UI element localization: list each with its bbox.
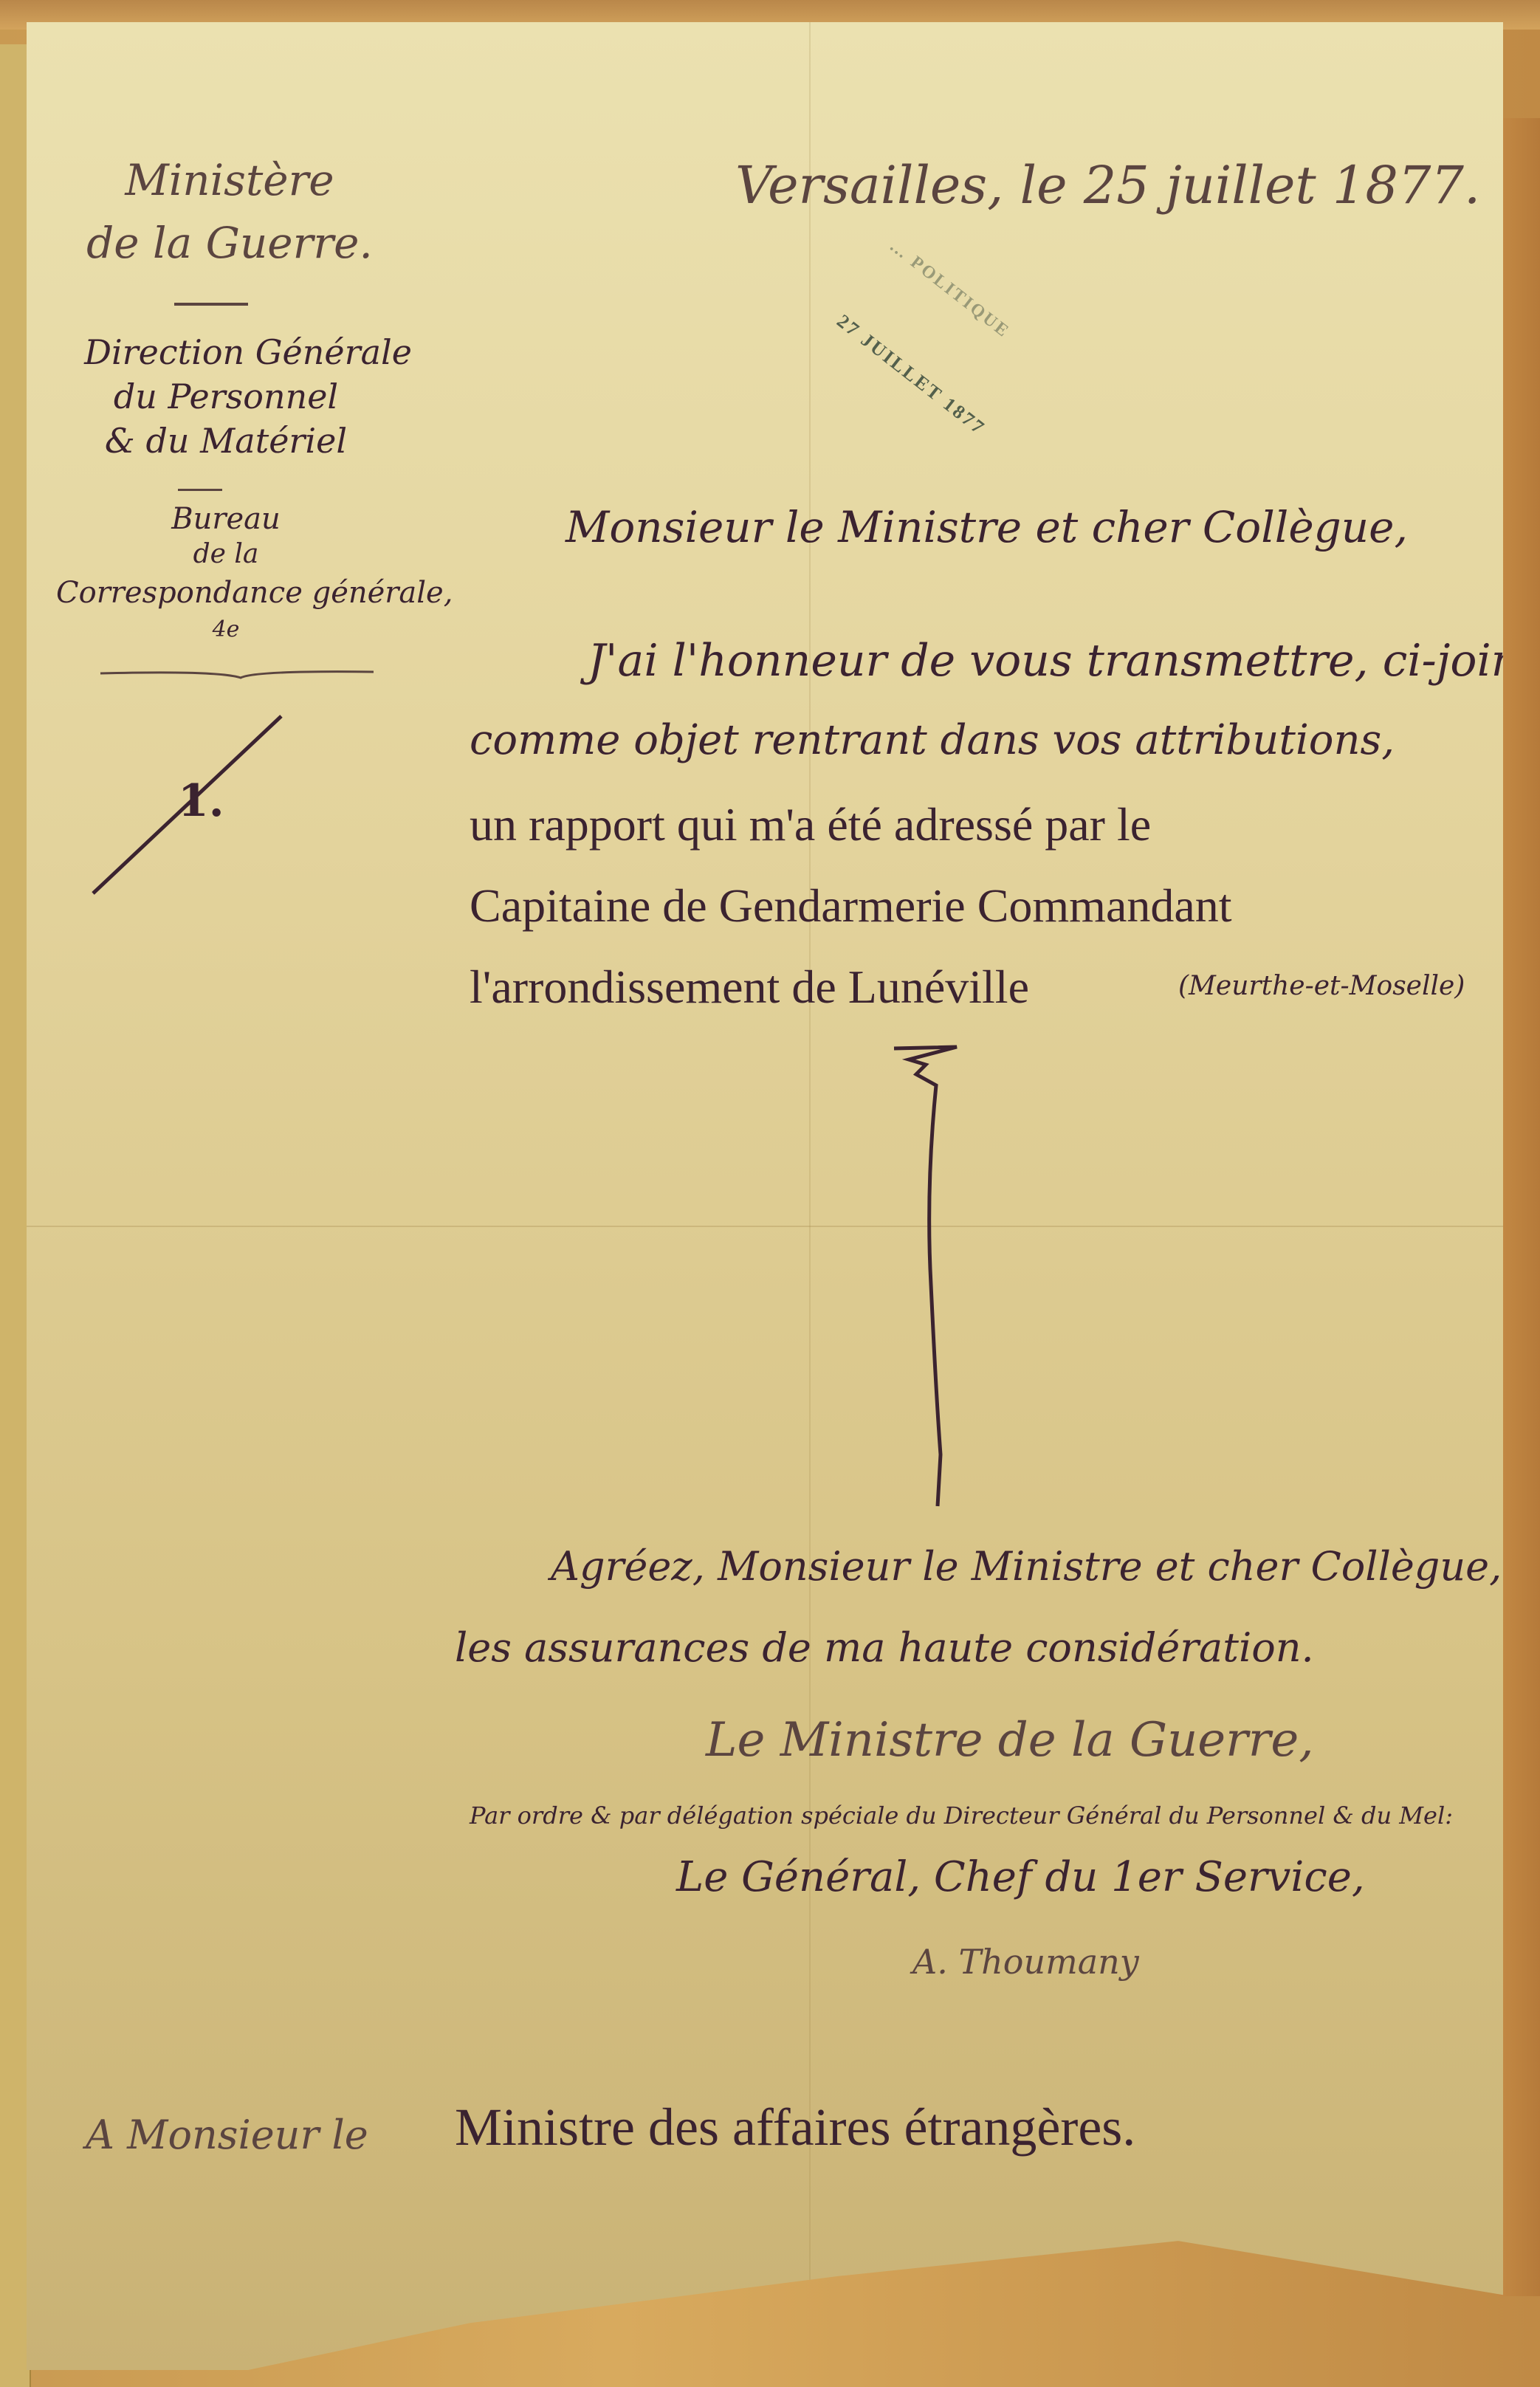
signature: A. Thoumany (912, 1942, 1139, 1982)
divider (178, 489, 222, 491)
direction-line3: & du Matériel (71, 421, 381, 461)
body-line-2: comme objet rentrant dans vos attributio… (470, 716, 1395, 764)
ministry-line1: Ministère (71, 155, 388, 205)
divider (174, 303, 248, 306)
direction-line2: du Personnel (71, 377, 381, 416)
addressee-prefix: A Monsieur le (86, 2112, 368, 2158)
bureau-line2: de la (71, 539, 381, 569)
bureau-line3: Correspondance générale, (56, 576, 410, 610)
received-stamp-office: … POLITIQUE (885, 236, 1013, 343)
ministry-line2: de la Guerre. (71, 218, 388, 268)
diagonal-slash (86, 709, 307, 901)
vertical-fold (809, 22, 811, 2370)
body-line-4: Capitaine de Gendarmerie Commandant (470, 879, 1232, 933)
bureau-line1: Bureau (71, 502, 381, 536)
end-of-text-flourish (890, 1041, 949, 1521)
adjacent-page-edge (0, 44, 31, 2387)
body-line-6: (Meurthe-et-Moselle) (1178, 971, 1465, 1001)
body-line-1: J'ai l'honneur de vous transmettre, ci-j… (588, 635, 1540, 687)
date-line: Versailles, le 25 juillet 1877. (735, 155, 1480, 216)
received-stamp-date: 27 JUILLET 1877 (833, 310, 990, 440)
delegation-line: Par ordre & par délégation spéciale du D… (470, 1802, 1453, 1830)
brace-divider (71, 664, 381, 694)
salutation: Monsieur le Ministre et cher Collègue, (566, 502, 1408, 552)
letter-sheet: Ministère de la Guerre. Direction Généra… (27, 22, 1503, 2370)
addressee-name: Ministre des affaires étrangères. (455, 2097, 1135, 2158)
bureau-line4: 4e (71, 617, 381, 642)
body-line-5: l'arrondissement de Lunéville (470, 960, 1029, 1014)
horizontal-fold (27, 1226, 1503, 1227)
closing-line-2: les assurances de ma haute considération… (455, 1624, 1314, 1671)
closing-line-1: Agréez, Monsieur le Ministre et cher Col… (551, 1543, 1502, 1590)
underlying-sheet-edge (1497, 118, 1540, 2296)
officer-title: Le Général, Chef du 1er Service, (676, 1853, 1365, 1901)
body-line-3: un rapport qui m'a été adressé par le (470, 797, 1151, 852)
direction-line1: Direction Générale (71, 332, 425, 372)
signature-title: Le Ministre de la Guerre, (706, 1713, 1314, 1768)
